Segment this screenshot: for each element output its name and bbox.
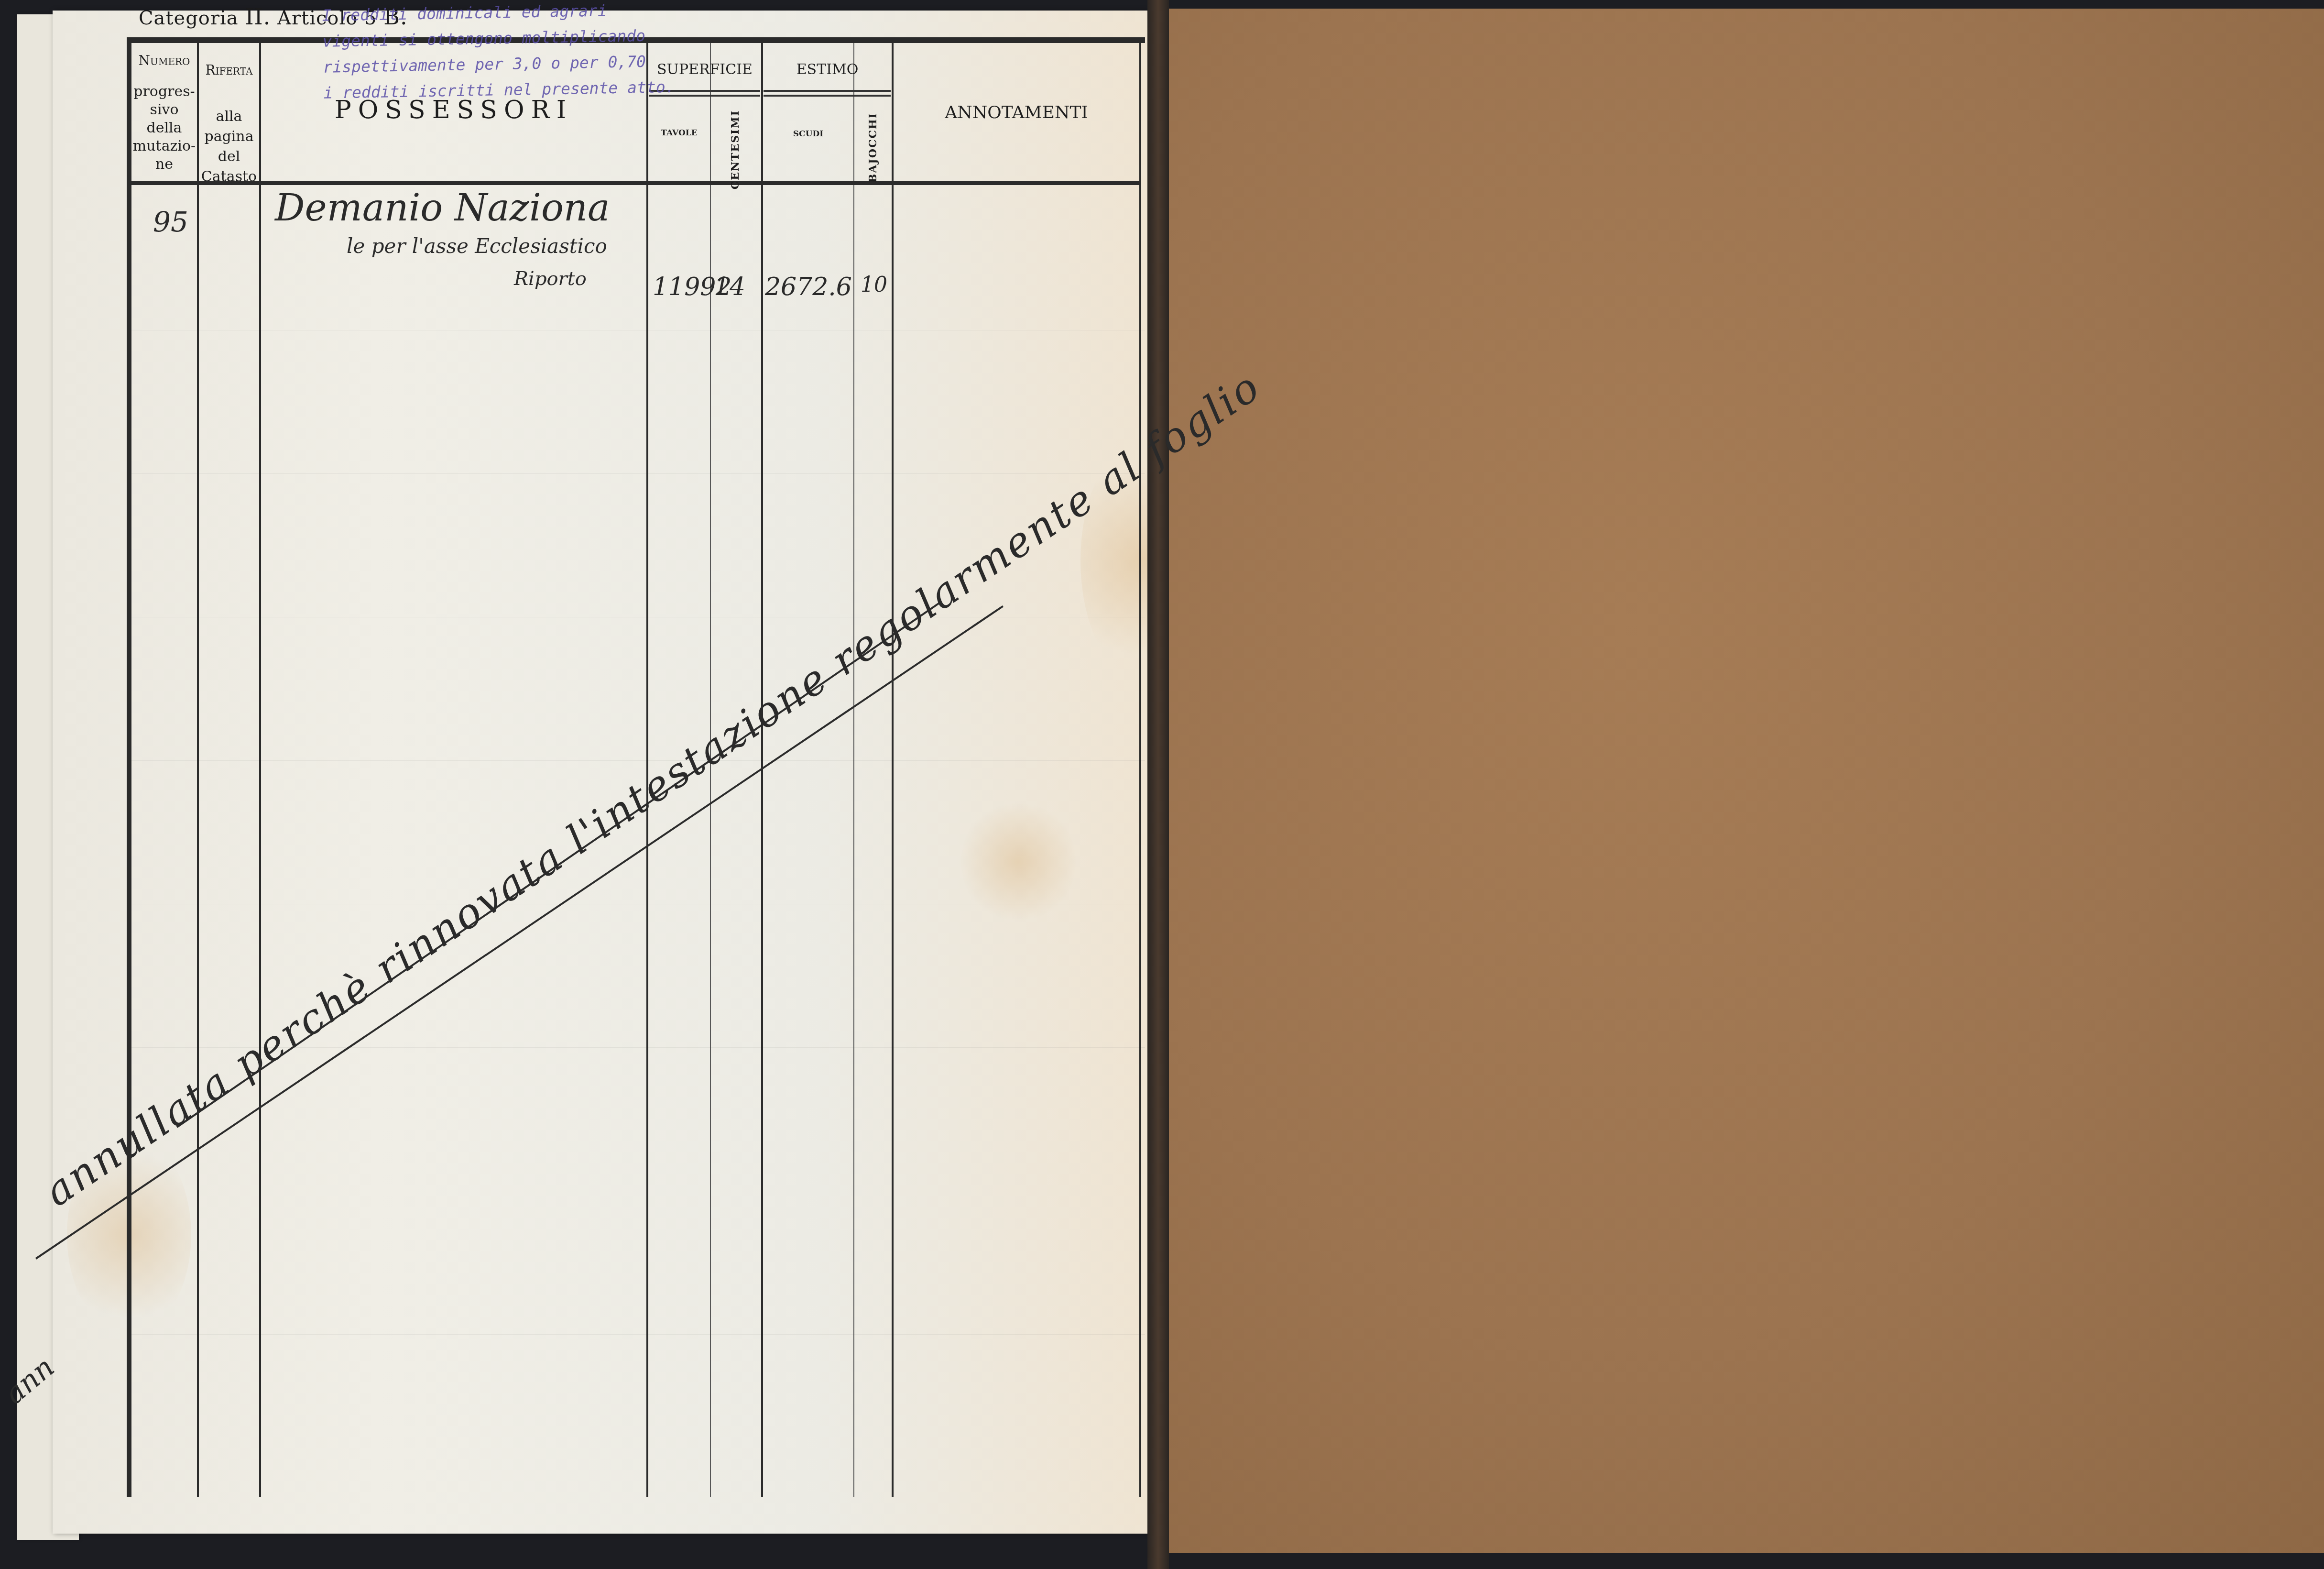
entry-possessore-line1: Demanio Naziona bbox=[275, 187, 610, 230]
mutation-table: Numero progres- sivo della mutazio- ne R… bbox=[127, 37, 1145, 1497]
entry-bajocchi: 10 bbox=[861, 273, 887, 297]
column-header-annotamenti: ANNOTAMENTI bbox=[894, 103, 1139, 122]
entry-numero: 95 bbox=[153, 206, 188, 238]
entry-scudi: 2672.6 bbox=[765, 273, 852, 301]
column-divider bbox=[892, 43, 894, 1497]
category-value: II. bbox=[245, 4, 271, 30]
book-spine bbox=[1147, 0, 1169, 1569]
entry-possessore-line2: le per l'asse Ecclesiastico bbox=[347, 234, 607, 258]
column-divider bbox=[197, 43, 199, 1497]
cover-board bbox=[1169, 9, 2324, 1553]
subheader-scudi: SCUDI bbox=[763, 129, 853, 139]
column-header-estimo: ESTIMO bbox=[763, 61, 892, 78]
header-bottom-rule bbox=[131, 181, 1139, 185]
category-label: Categoria bbox=[139, 7, 239, 29]
column-divider bbox=[1139, 43, 1141, 1497]
column-divider bbox=[259, 43, 261, 1497]
column-header-superficie: SUPERFICIE bbox=[648, 61, 761, 78]
entry-possessore-line3: Riporto bbox=[514, 268, 587, 290]
rubber-stamp-note: I redditi dominicali ed agrari vigenti s… bbox=[322, 0, 639, 106]
entry-centesimi: 14 bbox=[714, 273, 745, 301]
column-divider bbox=[853, 43, 854, 1497]
column-header-riferta: Riferta alla pagina del Catasto bbox=[199, 62, 259, 187]
column-header-numero: Numero progres- sivo della mutazio- ne bbox=[131, 53, 197, 174]
subheader-centesimi: CENTESIMI bbox=[729, 110, 742, 189]
subheader-tavole: TAVOLE bbox=[648, 128, 710, 138]
subheader-bajocchi: BAJOCCHI bbox=[867, 112, 879, 183]
